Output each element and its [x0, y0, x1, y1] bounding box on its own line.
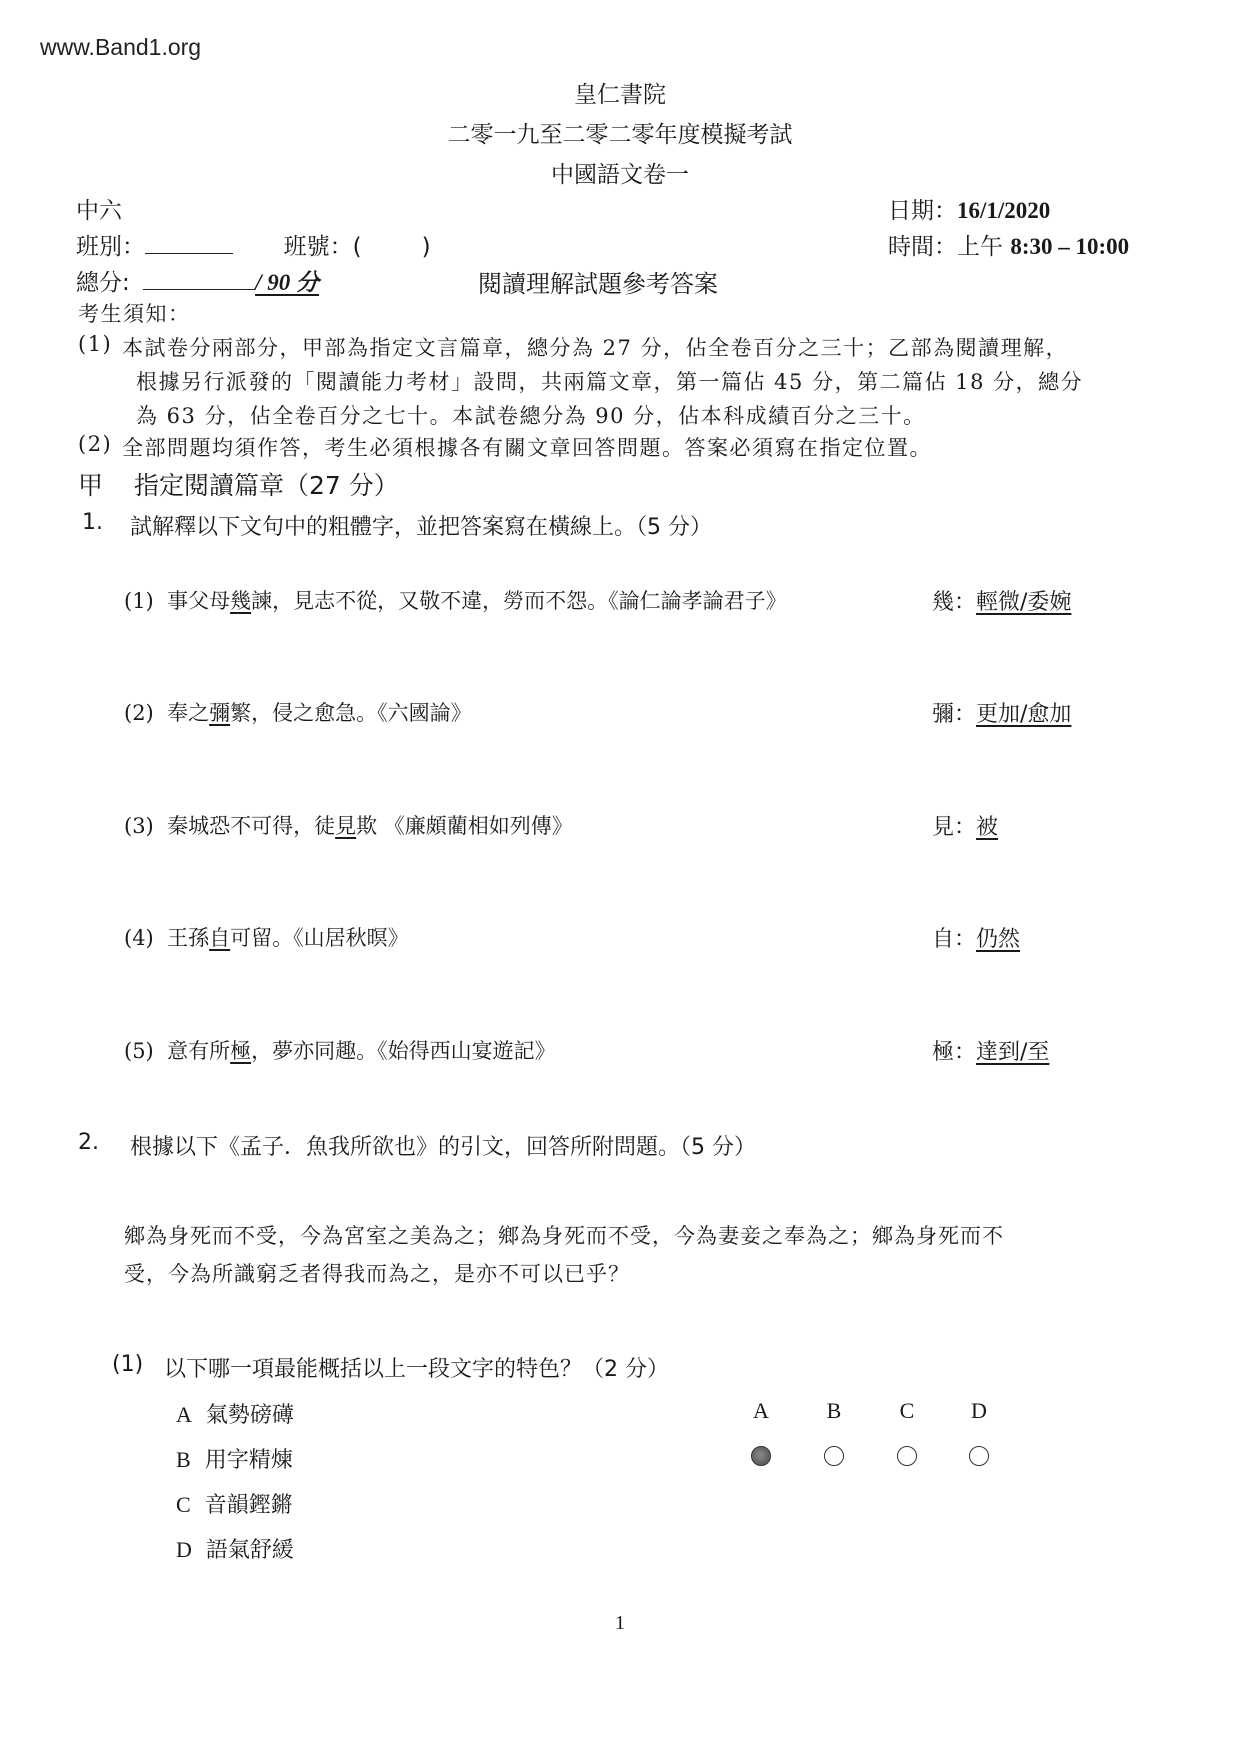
- key-word: 幾: [230, 589, 251, 613]
- q1-answer-3: 見：被: [932, 810, 998, 841]
- answer-bubble-a-filled[interactable]: [751, 1446, 771, 1466]
- option-text: 語氣舒緩: [206, 1538, 294, 1563]
- q1-answer-1: 幾：輕微/委婉: [932, 585, 1071, 616]
- answer-char: 見：: [932, 815, 976, 840]
- q1-item-3: (3) 秦城恐不可得，徒見欺 《廉頗藺相如列傳》: [124, 810, 573, 840]
- item-text-post: 欺: [356, 814, 384, 838]
- score-blank[interactable]: [143, 288, 255, 290]
- class-label: 班別：: [76, 234, 145, 260]
- item-number: (3): [124, 814, 154, 838]
- answer-text[interactable]: 輕微/委婉: [976, 590, 1071, 615]
- bubble-label-a: A: [746, 1398, 776, 1424]
- item-text-pre: 王孫: [167, 926, 209, 950]
- answer-text[interactable]: 被: [976, 815, 998, 840]
- bubble-label-b: B: [819, 1398, 849, 1424]
- option-text: 音韻鏗鏘: [205, 1493, 293, 1518]
- school-name: 皇仁書院: [0, 76, 1240, 109]
- notice-title: 考生須知：: [78, 298, 191, 328]
- notice-item-1-line-3: 為 63 分，佔全卷百分之七十。本試卷總分為 90 分，佔本科成績百分之三十。: [136, 400, 926, 430]
- time-label: 時間：上午: [888, 234, 1010, 260]
- class-blank[interactable]: [145, 252, 233, 254]
- answer-char: 幾：: [932, 590, 976, 615]
- option-d: D 語氣舒緩: [176, 1533, 294, 1564]
- score-row: 總分: / 90 分: [76, 264, 319, 297]
- key-word: 見: [335, 814, 356, 838]
- item-source: 《廉頗藺相如列傳》: [384, 814, 573, 838]
- item-text-post: 諫，見志不從，又敬不違，勞而不怨。: [251, 589, 608, 613]
- item-number: (5): [124, 1039, 154, 1063]
- time-row: 時間：上午 8:30 – 10:00: [888, 228, 1129, 261]
- page-number: 1: [0, 1612, 1240, 1635]
- q1-answer-4: 自：仍然: [932, 922, 1020, 953]
- exam-title: 二零一九至二零二零年度模擬考試: [0, 116, 1240, 149]
- answer-bubble-b[interactable]: [824, 1446, 844, 1466]
- item-text-pre: 秦城恐不可得，徒: [167, 814, 335, 838]
- item-number: (4): [124, 926, 154, 950]
- key-word: 彌: [209, 701, 230, 725]
- q1-item-5: (5) 意有所極，夢亦同趣。《始得西山宴遊記》: [124, 1035, 556, 1065]
- answer-char: 極：: [932, 1040, 976, 1065]
- answer-bubble-d[interactable]: [969, 1446, 989, 1466]
- document-title: 閱讀理解試題參考答案: [478, 264, 718, 299]
- answer-text[interactable]: 達到/至: [976, 1040, 1049, 1065]
- date-row: 日期：16/1/2020: [888, 192, 1050, 225]
- bubble-label-c: C: [892, 1398, 922, 1424]
- option-text: 用字精煉: [205, 1448, 293, 1473]
- q2-number: 2.: [78, 1130, 99, 1155]
- option-letter: D: [176, 1537, 192, 1562]
- item-source: 《六國論》: [377, 701, 472, 725]
- class-no-label: 班號：(: [284, 234, 362, 260]
- score-label: 總分:: [76, 270, 130, 296]
- item-text-post: ，夢亦同趣。: [251, 1039, 377, 1063]
- q2-passage-line-2: 受，今為所識窮乏者得我而為之，是亦不可以已乎？: [124, 1258, 630, 1288]
- q2-prompt: 根據以下《孟子．魚我所欲也》的引文，回答所附問題。（5 分）: [130, 1130, 756, 1161]
- q2-sub1-number: (1): [112, 1352, 143, 1377]
- time-value: 8:30 – 10:00: [1010, 234, 1129, 259]
- class-no-close: ): [422, 234, 431, 260]
- key-word: 極: [230, 1039, 251, 1063]
- notice-item-2-line-1: 全部問題均須作答，考生必須根據各有關文章回答問題。答案必須寫在指定位置。: [122, 432, 932, 462]
- notice-item-1-line-1: 本試卷分兩部分，甲部為指定文言篇章，總分為 27 分，佔全卷百分之三十；乙部為閱…: [122, 332, 1068, 362]
- section-a-title: 指定閱讀篇章（27 分）: [134, 466, 399, 502]
- item-text-pre: 意有所: [167, 1039, 230, 1063]
- item-text-post: 繁，侵之愈急。: [230, 701, 377, 725]
- answer-text[interactable]: 仍然: [976, 927, 1020, 952]
- answer-char: 彌：: [932, 702, 976, 727]
- watermark-url: www.Band1.org: [40, 34, 201, 61]
- section-a-label: 甲: [78, 466, 103, 502]
- option-b: B 用字精煉: [176, 1443, 293, 1474]
- key-word: 自: [209, 926, 230, 950]
- notice-item-1-num: (1): [78, 332, 112, 356]
- item-source: 《始得西山宴遊記》: [377, 1039, 556, 1063]
- item-text-pre: 奉之: [167, 701, 209, 725]
- class-row: 班別： 班號：(): [76, 228, 431, 261]
- q1-answer-5: 極：達到/至: [932, 1035, 1049, 1066]
- q1-number: 1.: [82, 510, 103, 535]
- item-text-post: 可留。: [230, 926, 293, 950]
- q1-answer-2: 彌：更加/愈加: [932, 697, 1071, 728]
- q2-sub1-prompt: 以下哪一項最能概括以上一段文字的特色？（2 分）: [164, 1352, 669, 1383]
- paper-title: 中國語文卷一: [0, 156, 1240, 189]
- answer-char: 自：: [932, 927, 976, 952]
- q1-item-4: (4) 王孫自可留。《山居秋暝》: [124, 922, 409, 952]
- q2-passage-line-1: 鄉為身死而不受，今為宮室之美為之；鄉為身死而不受，今為妻妾之奉為之；鄉為身死而不: [124, 1220, 1004, 1250]
- option-letter: B: [176, 1447, 191, 1472]
- answer-bubble-c[interactable]: [897, 1446, 917, 1466]
- q1-item-2: (2) 奉之彌繁，侵之愈急。《六國論》: [124, 697, 472, 727]
- score-total: / 90 分: [255, 270, 319, 295]
- q1-prompt: 試解釋以下文句中的粗體字，並把答案寫在橫線上。（5 分）: [130, 510, 712, 541]
- item-source: 《論仁論孝論君子》: [608, 589, 787, 613]
- item-number: (2): [124, 701, 154, 725]
- notice-item-1-line-2: 根據另行派發的「閱讀能力考材」設問，共兩篇文章，第一篇佔 45 分，第二篇佔 1…: [136, 366, 1083, 396]
- item-source: 《山居秋暝》: [293, 926, 409, 950]
- option-letter: A: [176, 1402, 192, 1427]
- option-letter: C: [176, 1492, 191, 1517]
- option-a: A 氣勢磅礡: [176, 1398, 294, 1429]
- notice-item-2-num: (2): [78, 432, 112, 456]
- option-text: 氣勢磅礡: [206, 1403, 294, 1428]
- option-c: C 音韻鏗鏘: [176, 1488, 293, 1519]
- date-value: 16/1/2020: [957, 198, 1050, 223]
- item-number: (1): [124, 589, 154, 613]
- q1-item-1: (1) 事父母幾諫，見志不從，又敬不違，勞而不怨。《論仁論孝論君子》: [124, 585, 787, 615]
- form-level: 中六: [76, 192, 122, 225]
- item-text-pre: 事父母: [167, 589, 230, 613]
- date-label: 日期：: [888, 198, 957, 224]
- bubble-label-d: D: [964, 1398, 994, 1424]
- answer-text[interactable]: 更加/愈加: [976, 702, 1071, 727]
